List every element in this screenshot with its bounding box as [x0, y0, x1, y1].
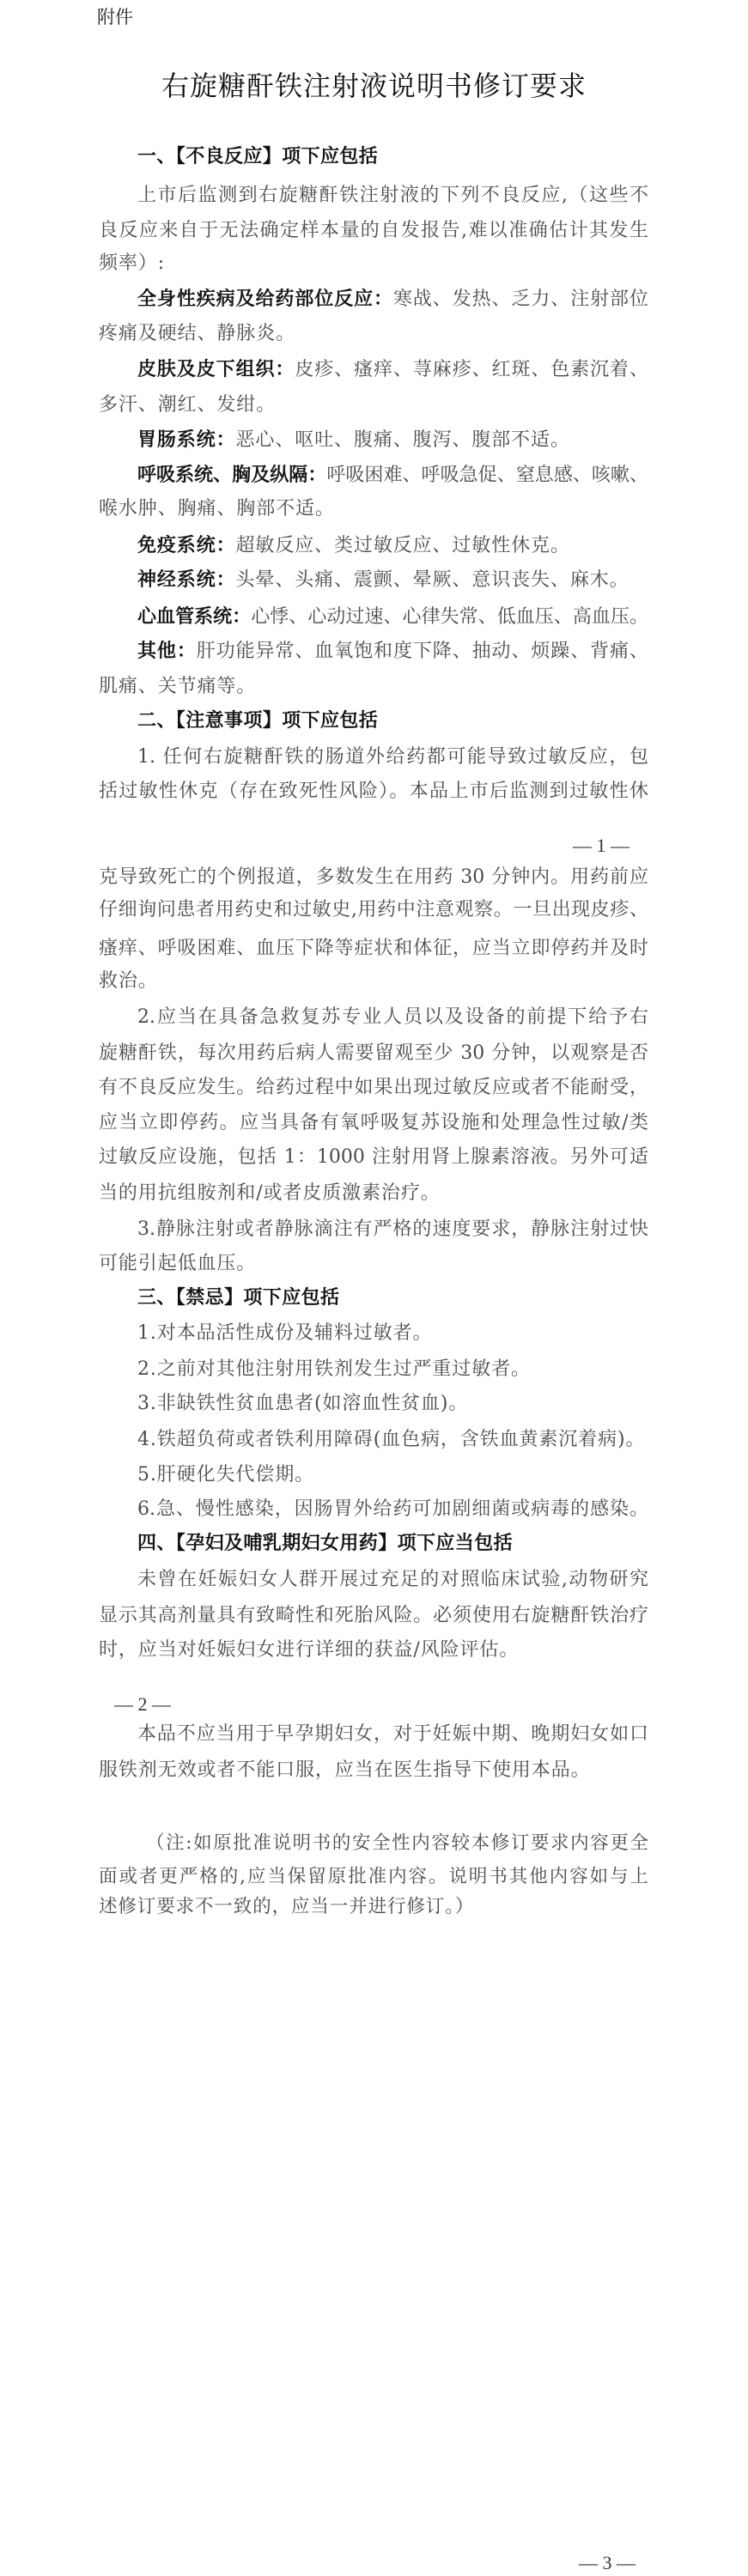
body-line: 旋糖酐铁，每次用药后病人需要留观至少 30 分钟，以观察是否	[99, 1036, 648, 1071]
line-text: 上市后监测到右旋糖酐铁注射液的下列不良反应,（这些不	[137, 185, 648, 206]
line-text: 本品不应当用于早孕期妇女，对于妊娠中期、晚期妇女如口	[137, 1723, 648, 1745]
body-line: 可能引起低血压。	[99, 1247, 648, 1281]
line-text: 寒战、发热、乏力、注射部位	[393, 289, 648, 310]
line-text: 疼痛及硬结、静脉炎。	[99, 323, 295, 344]
section-heading: 三、【禁忌】项下应包括	[137, 1281, 648, 1315]
note-line: 面或者更严格的,应当保留原批准内容。说明书其他内容如与上	[99, 1860, 648, 1894]
line-text: 述修订要求不一致的，应当一并进行修订。）	[99, 1896, 474, 1917]
body-line: 瘙痒、呼吸困难、血压下降等症状和体征，应当立即停药并及时	[99, 932, 648, 966]
line-text: 2.应当在具备急救复苏专业人员以及设备的前提下给予右	[137, 1006, 648, 1028]
line-text: 克导致死亡的个例报道，多数发生在用药 30 分钟内。用药前应	[99, 866, 648, 888]
line-text: 服铁剂无效或者不能口服，应当在医生指导下使用本品。	[99, 1759, 591, 1781]
body-line: 有不良反应发生。给药过程中如果出现过敏反应或者不能耐受，	[99, 1071, 648, 1105]
document-title: 右旋糖酐铁注射液说明书修订要求	[0, 69, 748, 103]
body-line: 应当立即停药。应当具备有氧呼吸复苏设施和处理急性过敏/类	[99, 1106, 648, 1140]
body-line: 1.对本品活性成份及辅料过敏者。	[137, 1316, 648, 1351]
line-text: 超敏反应、类过敏反应、过敏性休克。	[236, 535, 570, 556]
page-number: — 1 —	[573, 833, 629, 859]
line-text: 良反应来自于无法确定样本量的自发报告,难以准确估计其发生	[99, 220, 648, 241]
line-text: 2.之前对其他注射用铁剂发生过严重过敏者。	[137, 1358, 531, 1380]
body-line: 神经系统：头晕、头痛、震颤、晕厥、意识丧失、麻木。	[137, 562, 648, 597]
category-label: 心血管系统：	[137, 605, 251, 628]
line-text: 三、【禁忌】项下应包括	[137, 1287, 339, 1309]
line-text: 显示其高剂量具有致畸性和死胎风险。必须使用右旋糖酐铁治疗	[99, 1605, 648, 1626]
line-text: 救治。	[99, 970, 158, 992]
section-heading: 四、【孕妇及哺乳期妇女用药】项下应当包括	[137, 1527, 648, 1561]
section-heading: 一、【不良反应】项下应包括	[137, 140, 648, 174]
line-text: 恶心、呕吐、腹痛、腹泻、腹部不适。	[236, 429, 570, 451]
body-line: 过敏反应设施，包括 1：1000 注射用肾上腺素溶液。另外可适	[99, 1140, 648, 1175]
line-text: 头晕、头痛、震颤、晕厥、意识丧失、麻木。	[236, 569, 629, 591]
body-line: 1. 任何右旋糖酐铁的肠道外给药都可能导致过敏反应，包	[137, 740, 648, 775]
page-number: — 2 —	[114, 1692, 171, 1717]
line-text: 肝功能异常、血氧饱和度下降、抽动、烦躁、背痛、	[197, 641, 648, 662]
line-text: 当的用抗组胺剂和/或者皮质激素治疗。	[99, 1182, 441, 1204]
line-text: 一、【不良反应】项下应包括	[137, 146, 378, 167]
line-text: 多汗、潮红、发绀。	[99, 394, 276, 416]
body-line: 喉水肿、胸痛、胸部不适。	[99, 492, 648, 526]
body-line: 4.铁超负荷或者铁利用障碍(血色病，含铁血黄素沉着病)。	[137, 1423, 648, 1457]
body-line: 多汗、潮红、发绀。	[99, 388, 648, 422]
body-line: 其他：肝功能异常、血氧饱和度下降、抽动、烦躁、背痛、	[137, 634, 648, 668]
body-line: 心血管系统：心悸、心动过速、心律失常、低血压、高血压。	[137, 599, 648, 634]
note-line: 述修订要求不一致的，应当一并进行修订。）	[99, 1890, 648, 1924]
body-line: 2.应当在具备急救复苏专业人员以及设备的前提下给予右	[137, 1000, 648, 1035]
category-label: 皮肤及皮下组织：	[137, 358, 295, 380]
line-text: 皮疹、瘙痒、荨麻疹、红斑、色素沉着、	[295, 359, 648, 380]
attachment-label: 附件	[97, 5, 133, 29]
category-label: 其他：	[137, 640, 197, 662]
line-text: 过敏反应设施，包括 1：1000 注射用肾上腺素溶液。另外可适	[99, 1146, 648, 1168]
body-line: 3.静脉注射或者静脉滴注有严格的速度要求，静脉注射过快	[137, 1212, 648, 1247]
body-line: 疼痛及硬结、静脉炎。	[99, 317, 648, 351]
line-text: 喉水肿、胸痛、胸部不适。	[99, 498, 335, 519]
line-text: 有不良反应发生。给药过程中如果出现过敏反应或者不能耐受，	[99, 1077, 648, 1098]
line-text: 四、【孕妇及哺乳期妇女用药】项下应当包括	[137, 1533, 513, 1554]
body-line: 本品不应当用于早孕期妇女，对于妊娠中期、晚期妇女如口	[137, 1717, 648, 1752]
line-text: （注:如原批准说明书的安全性内容较本修订要求内容更全	[146, 1832, 648, 1854]
line-text: 未曾在妊娠妇女人群开展过充足的对照临床试验,动物研究	[137, 1569, 648, 1590]
body-line: 免疫系统：超敏反应、类过敏反应、过敏性休克。	[137, 528, 648, 562]
line-text: 可能引起低血压。	[99, 1253, 256, 1274]
body-line: 显示其高剂量具有致畸性和死胎风险。必须使用右旋糖酐铁治疗	[99, 1599, 648, 1633]
body-line: 良反应来自于无法确定样本量的自发报告,难以准确估计其发生	[99, 214, 648, 248]
body-line: 救治。	[99, 964, 648, 999]
line-text: 二、【注意事项】项下应包括	[137, 710, 378, 732]
body-line: 3.非缺铁性贫血患者(如溶血性贫血)。	[137, 1387, 648, 1421]
category-label: 免疫系统：	[137, 534, 236, 556]
category-label: 全身性疾病及给药部位反应：	[137, 288, 393, 310]
line-text: 瘙痒、呼吸困难、血压下降等症状和体征，应当立即停药并及时	[99, 938, 648, 959]
line-text: 心悸、心动过速、心律失常、低血压、高血压。	[251, 606, 648, 628]
line-text: 3.静脉注射或者静脉滴注有严格的速度要求，静脉注射过快	[137, 1218, 648, 1240]
line-text: 频率）:	[99, 252, 165, 274]
line-text: 应当立即停药。应当具备有氧呼吸复苏设施和处理急性过敏/类	[99, 1112, 648, 1133]
category-label: 呼吸系统、胸及纵隔：	[137, 464, 326, 486]
body-line: 肌痛、关节痛等。	[99, 670, 648, 704]
line-text: 呼吸困难、呼吸急促、窒息感、咳嗽、	[326, 465, 648, 486]
body-line: 上市后监测到右旋糖酐铁注射液的下列不良反应,（这些不	[137, 179, 648, 213]
document-page: 附件 右旋糖酐铁注射液说明书修订要求 一、【不良反应】项下应包括上市后监测到右旋…	[0, 0, 748, 2576]
line-text: 5.肝硬化失代偿期。	[137, 1464, 314, 1485]
line-text: 1.对本品活性成份及辅料过敏者。	[137, 1322, 432, 1344]
body-line: 当的用抗组胺剂和/或者皮质激素治疗。	[99, 1176, 648, 1211]
line-text: 3.非缺铁性贫血患者(如溶血性贫血)。	[137, 1393, 468, 1414]
body-line: 6.急、慢性感染，因肠胃外给药可加剧细菌或病毒的感染。	[137, 1492, 648, 1527]
body-line: 皮肤及皮下组织：皮疹、瘙痒、荨麻疹、红斑、色素沉着、	[137, 352, 648, 386]
body-line: 时，应当对妊娠妇女进行详细的获益/风险评估。	[99, 1633, 648, 1668]
category-label: 胃肠系统：	[137, 428, 236, 451]
line-text: 时，应当对妊娠妇女进行详细的获益/风险评估。	[99, 1639, 519, 1661]
line-text: 仔细询问患者用药史和过敏史,用药中注意观察。一旦出现皮疹、	[99, 899, 648, 920]
body-line: 5.肝硬化失代偿期。	[137, 1458, 648, 1492]
line-text: 肌痛、关节痛等。	[99, 676, 256, 697]
body-line: 胃肠系统：恶心、呕吐、腹痛、腹泻、腹部不适。	[137, 422, 648, 457]
line-text: 面或者更严格的,应当保留原批准内容。说明书其他内容如与上	[99, 1866, 648, 1887]
body-line: 全身性疾病及给药部位反应：寒战、发热、乏力、注射部位	[137, 282, 648, 316]
body-line: 频率）:	[99, 246, 648, 281]
page-number: — 3 —	[579, 2550, 635, 2576]
category-label: 神经系统：	[137, 568, 236, 591]
line-text: 4.铁超负荷或者铁利用障碍(血色病，含铁血黄素沉着病)。	[137, 1429, 645, 1450]
section-heading: 二、【注意事项】项下应包括	[137, 704, 648, 738]
body-line: 克导致死亡的个例报道，多数发生在用药 30 分钟内。用药前应	[99, 860, 648, 895]
line-text: 旋糖酐铁，每次用药后病人需要留观至少 30 分钟，以观察是否	[99, 1042, 648, 1064]
body-line: 呼吸系统、胸及纵隔：呼吸困难、呼吸急促、窒息感、咳嗽、	[137, 458, 648, 492]
body-line: 服铁剂无效或者不能口服，应当在医生指导下使用本品。	[99, 1753, 648, 1788]
body-line: 仔细询问患者用药史和过敏史,用药中注意观察。一旦出现皮疹、	[99, 893, 648, 927]
line-text: 括过敏性休克（存在致死性风险）。本品上市后监测到过敏性休	[99, 781, 648, 802]
note-line: （注:如原批准说明书的安全性内容较本修订要求内容更全	[146, 1826, 648, 1861]
line-text: 1. 任何右旋糖酐铁的肠道外给药都可能导致过敏反应，包	[137, 746, 648, 768]
body-line: 未曾在妊娠妇女人群开展过充足的对照临床试验,动物研究	[137, 1563, 648, 1597]
line-text: 6.急、慢性感染，因肠胃外给药可加剧细菌或病毒的感染。	[137, 1498, 648, 1520]
body-line: 2.之前对其他注射用铁剂发生过严重过敏者。	[137, 1352, 648, 1387]
body-line: 括过敏性休克（存在致死性风险）。本品上市后监测到过敏性休	[99, 775, 648, 809]
